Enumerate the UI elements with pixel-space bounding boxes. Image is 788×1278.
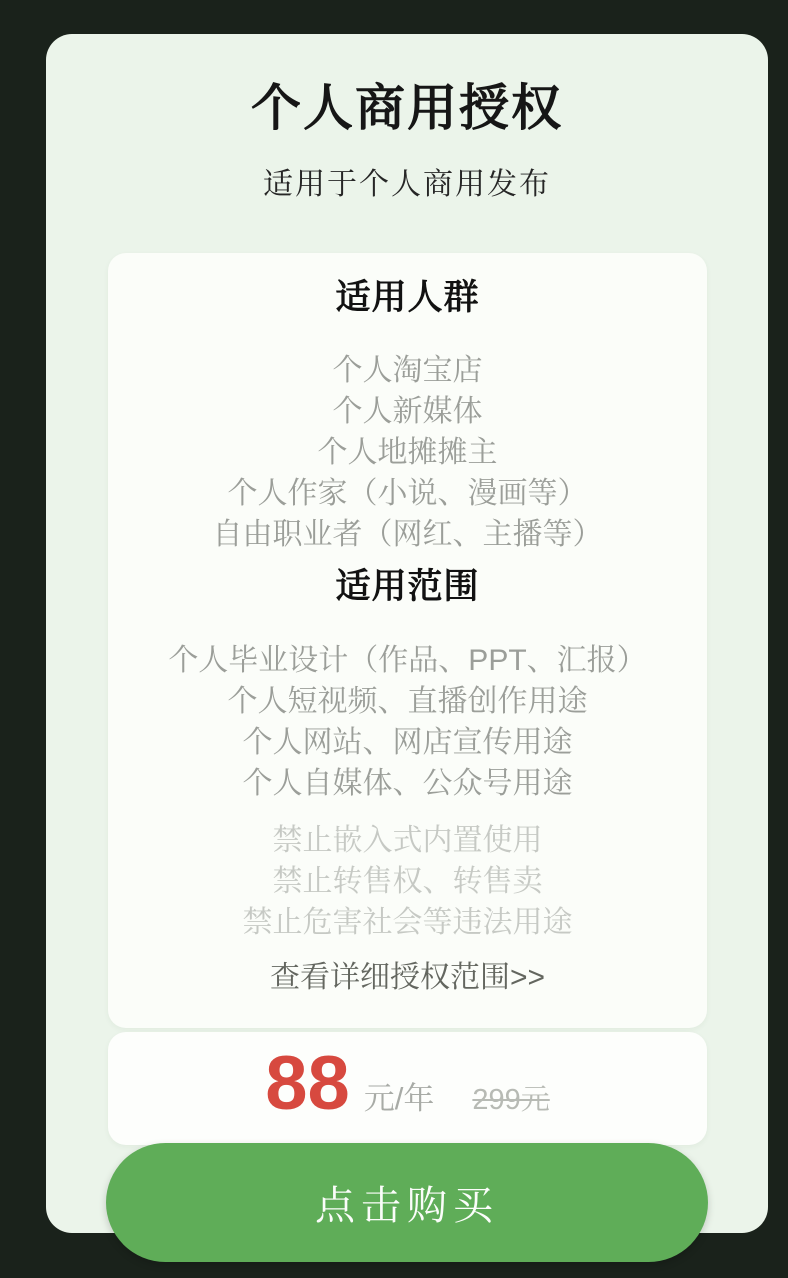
audience-item: 自由职业者（网红、主播等） [108, 514, 707, 555]
audience-item: 个人新媒体 [108, 391, 707, 432]
audience-item: 个人地摊摊主 [108, 432, 707, 473]
scope-allowed-list: 个人毕业设计（作品、PPT、汇报） 个人短视频、直播创作用途 个人网站、网店宣传… [108, 640, 707, 804]
buy-button[interactable]: 点击购买 [106, 1143, 708, 1262]
price-unit: 元/年 [364, 1073, 435, 1118]
original-price: 299元 [472, 1077, 549, 1118]
price-amount: 88 [265, 1046, 350, 1122]
card-subtitle: 适用于个人商用发布 [46, 166, 768, 204]
audience-item: 个人淘宝店 [108, 350, 707, 391]
audience-list: 个人淘宝店 个人新媒体 个人地摊摊主 个人作家（小说、漫画等） 自由职业者（网红… [108, 350, 707, 555]
restricted-item: 禁止危害社会等违法用途 [108, 902, 707, 943]
price-bar: 88 元/年 299元 [108, 1032, 707, 1145]
audience-heading: 适用人群 [108, 279, 707, 317]
scope-heading: 适用范围 [108, 568, 707, 606]
audience-item: 个人作家（小说、漫画等） [108, 473, 707, 514]
scope-item: 个人自媒体、公众号用途 [108, 763, 707, 804]
card-title: 个人商用授权 [46, 80, 768, 136]
scope-restricted-list: 禁止嵌入式内置使用 禁止转售权、转售卖 禁止危害社会等违法用途 [108, 820, 707, 943]
scope-item: 个人毕业设计（作品、PPT、汇报） [108, 640, 707, 681]
license-details-link[interactable]: 查看详细授权范围>> [108, 957, 707, 998]
page-background: 个人商用授权 适用于个人商用发布 适用人群 个人淘宝店 个人新媒体 个人地摊摊主… [0, 0, 788, 1278]
scope-item: 个人短视频、直播创作用途 [108, 681, 707, 722]
scope-item: 个人网站、网店宣传用途 [108, 722, 707, 763]
restricted-item: 禁止嵌入式内置使用 [108, 820, 707, 861]
restricted-item: 禁止转售权、转售卖 [108, 861, 707, 902]
license-card: 个人商用授权 适用于个人商用发布 适用人群 个人淘宝店 个人新媒体 个人地摊摊主… [46, 34, 768, 1233]
license-details-panel: 适用人群 个人淘宝店 个人新媒体 个人地摊摊主 个人作家（小说、漫画等） 自由职… [108, 253, 707, 1028]
